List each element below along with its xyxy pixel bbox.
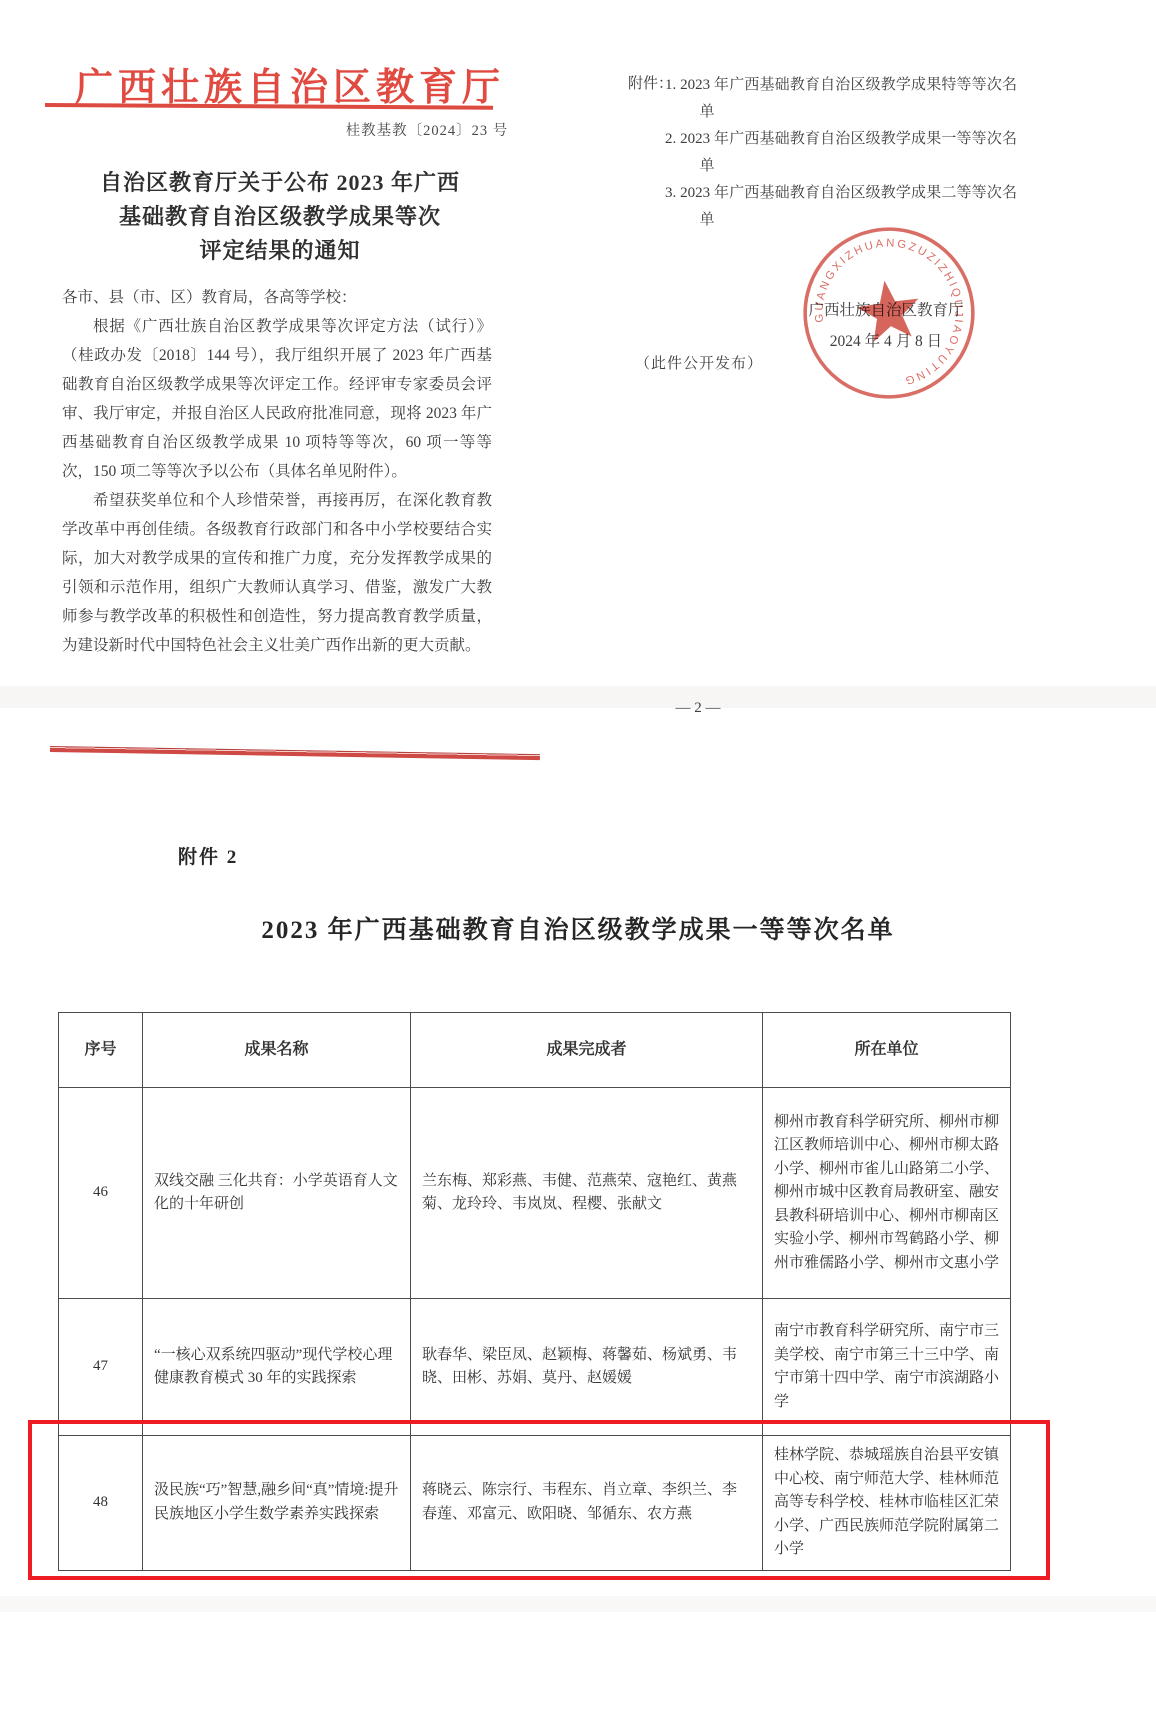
notice-body: 各市、县（市、区）教育局，各高等学校： 根据《广西壮族自治区教学成果等次评定方法… xyxy=(62,283,492,660)
document-number: 桂教基教〔2024〕23 号 xyxy=(317,119,537,140)
table-header-row: 序号 成果名称 成果完成者 所在单位 xyxy=(59,1013,1011,1088)
document-title: 自治区教育厅关于公布 2023 年广西 基础教育自治区级教学成果等次 评定结果的… xyxy=(60,166,500,268)
page-number: — 2 — xyxy=(648,700,748,717)
units-cell: 南宁市教育科学研究所、南宁市三美学校、南宁市第三十三中学、南宁市第十四中学、南宁… xyxy=(763,1299,1011,1436)
scan-streak xyxy=(0,1596,1156,1612)
attachment-item: 1. 2023 年广西基础教育自治区级教学成果特等等次名单 xyxy=(665,72,1017,126)
official-seal-icon: GUANGXIZHUANGZUZIZHIQUJIAOYUTING xyxy=(786,210,992,416)
page-separator-red-line xyxy=(50,746,540,760)
authors-cell: 耿春华、梁臣凤、赵颖梅、蒋馨茹、杨斌勇、韦晓、田彬、苏娟、莫丹、赵媛媛 xyxy=(411,1299,763,1436)
body-paragraph: 根据《广西壮族自治区教学成果等次评定方法（试行）》（桂政办发〔2018〕144 … xyxy=(62,312,492,486)
document-title-line: 基础教育自治区级教学成果等次 xyxy=(60,200,500,234)
table-row: 46 双线交融 三化共育：小学英语育人文化的十年研创 兰东梅、郑彩燕、韦健、范燕… xyxy=(59,1088,1011,1299)
column-header-number: 序号 xyxy=(59,1013,143,1088)
column-header-achievement: 成果名称 xyxy=(143,1013,411,1088)
authors-cell: 兰东梅、郑彩燕、韦健、范燕荣、寇艳红、黄燕菊、龙玲玲、韦岚岚、程樱、张献文 xyxy=(411,1088,763,1299)
seal-star-icon xyxy=(854,276,924,343)
column-header-authors: 成果完成者 xyxy=(411,1013,763,1088)
column-header-units: 所在单位 xyxy=(763,1013,1011,1088)
table-row: 47 “一核心双系统四驱动”现代学校心理健康教育模式 30 年的实践探索 耿春华… xyxy=(59,1299,1011,1436)
row-number-cell: 47 xyxy=(59,1299,143,1436)
achievement-name-cell: 双线交融 三化共育：小学英语育人文化的十年研创 xyxy=(143,1088,411,1299)
salutation: 各市、县（市、区）教育局，各高等学校： xyxy=(62,283,492,312)
body-paragraph: 希望获奖单位和个人珍惜荣誉，再接再厉，在深化教育教学改革中再创佳绩。各级教育行政… xyxy=(62,486,492,660)
attachment-item: 2. 2023 年广西基础教育自治区级教学成果一等等次名单 xyxy=(665,126,1017,180)
row-48-highlight-box xyxy=(28,1420,1050,1580)
document-title-line: 自治区教育厅关于公布 2023 年广西 xyxy=(60,166,500,200)
row-number-cell: 46 xyxy=(59,1088,143,1299)
units-cell: 柳州市教育科学研究所、柳州市柳江区教师培训中心、柳州市柳太路小学、柳州市雀儿山路… xyxy=(763,1088,1011,1299)
scan-streak xyxy=(0,686,1156,708)
public-release-note: （此件公开发布） xyxy=(635,352,763,373)
achievement-name-cell: “一核心双系统四驱动”现代学校心理健康教育模式 30 年的实践探索 xyxy=(143,1299,411,1436)
attachment-2-label: 附件 2 xyxy=(178,842,238,869)
attachment-table-title: 2023 年广西基础教育自治区级教学成果一等等次名单 xyxy=(0,910,1156,946)
document-title-line: 评定结果的通知 xyxy=(60,234,500,268)
